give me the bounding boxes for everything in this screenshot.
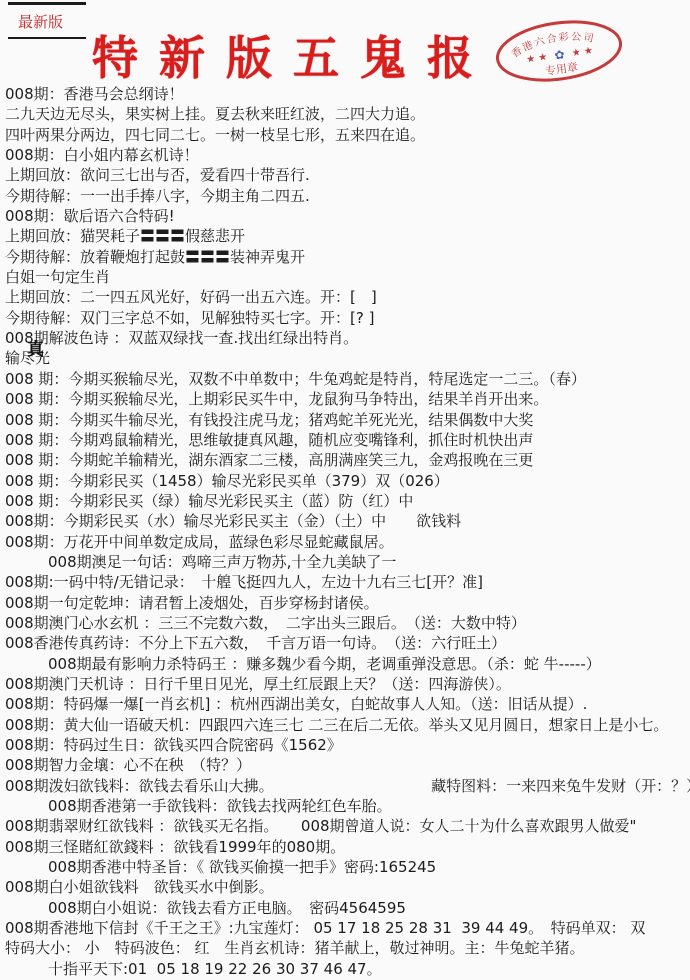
text-line: 008期:一码中特/无错记录： 十艎飞挺四九人，左边十九右三七[开？准] bbox=[0, 572, 690, 592]
line-text: 008 期：今期彩民买（绿）输尽光彩民买主（蓝）防（红）中 bbox=[5, 492, 413, 510]
line-text: 008期白小姐说：欲钱去看方正电脑。 密码4564595 bbox=[48, 899, 406, 917]
line-text: 白姐一句定生肖 bbox=[5, 268, 110, 286]
text-line: 008期翡翠财红欲钱料 ：欲钱买无名指。 008期曾道人说：女人二十为什么喜欢跟… bbox=[0, 816, 690, 836]
line-text: 008期澳门天机诗 ：日行千里日见光，厚土红辰跟上天？（送：四海游侠）。 bbox=[5, 675, 511, 693]
text-line: 008期白小姐欲钱料 欲钱买水中倒影。 bbox=[0, 877, 690, 897]
text-line: 008期一句定乾坤：请君暂上凌烟处，百步穿杨封诸侯。 bbox=[0, 593, 690, 613]
line-text: 008 期：今期蛇羊输精光，湖东酒家二三楼，高朋满座笑三九，金鸡报晚在三更 bbox=[5, 451, 533, 469]
line-text: 上期回放：猫哭耗子〓〓〓假慈悲开 bbox=[5, 227, 245, 245]
line-text: 008期：歇后语六合特码! bbox=[5, 207, 175, 225]
text-line: 008期：特码过生日：欲钱买四合院密码《1562》 bbox=[0, 735, 690, 755]
line-text: 008香港传真药诗：不分上下五六数， 千言万语一句诗。 （送：六行旺土） bbox=[5, 634, 506, 652]
text-line: 008期三怪賭紅欲錢料 ：欲钱看1999年的080期。 bbox=[0, 837, 690, 857]
line-text: 今期待解：一一出手捧八字，今期主角二四五. bbox=[5, 187, 310, 205]
text-line: 008期：香港马会总纲诗！ bbox=[0, 84, 690, 104]
edition-label: 最新版 bbox=[8, 5, 86, 37]
text-line: 008 期：今期蛇羊输精光，湖东酒家二三楼，高朋满座笑三九，金鸡报晚在三更 bbox=[0, 450, 690, 470]
text-line: 008 期：今期买牛输尽光，有钱投注虎马龙；猪鸡蛇羊死光光，结果偶数中大奖 bbox=[0, 410, 690, 430]
seal-stars-left: ★ ★ bbox=[526, 52, 548, 66]
line-text: 上期回放：二一四五风光好，好码一出五六连。开：[ ] bbox=[5, 288, 377, 306]
text-line: 上期回放：猫哭耗子〓〓〓假慈悲开 bbox=[0, 226, 690, 246]
line-text: 008期最有影响力杀特码王 ：赚多魏少看今期，老调重弹没意思。（杀：蛇 牛---… bbox=[48, 655, 601, 673]
line-text: 008 期：今期买猴输尽光，上期彩民买牛中，龙鼠狗马争特出，结果羊肖开出来。 bbox=[5, 390, 548, 408]
line-text: 008期翡翠财红欲钱料 ：欲钱买无名指。 008期曾道人说：女人二十为什么喜欢跟… bbox=[5, 817, 636, 835]
text-line: 008期：白小姐内幕玄机诗！ bbox=[0, 145, 690, 165]
text-line: 上期回放：二一四五风光好，好码一出五六连。开：[ ] bbox=[0, 287, 690, 307]
line-text: 上期回放：欲问三七出与否，爱看四十带吾行. bbox=[5, 166, 310, 184]
text-line: 008期白小姐说：欲钱去看方正电脑。 密码4564595 bbox=[0, 898, 690, 918]
line-text: 008期：特码过生日：欲钱买四合院密码《1562》 bbox=[5, 736, 342, 754]
text-line: 今期待解：放着鞭炮打起鼓〓〓〓装神弄鬼开 bbox=[0, 247, 690, 267]
text-line: 008香港传真药诗：不分上下五六数， 千言万语一句诗。 （送：六行旺土） bbox=[0, 633, 690, 653]
line-text: 008期香港第一手欲钱料：欲钱去找两轮红色车胎。 bbox=[48, 797, 392, 815]
text-line: 008期最有影响力杀特码王 ：赚多魏少看今期，老调重弹没意思。（杀：蛇 牛---… bbox=[0, 654, 690, 674]
line-text: 008期:一码中特/无错记录： 十艎飞挺四九人，左边十九右三七[开？准] bbox=[5, 573, 483, 591]
line-text: 二九天边无尽头，果实树上挂。夏去秋来旺红波，二四大力追。 bbox=[5, 105, 425, 123]
line-text: 008 期：今期买牛输尽光，有钱投注虎马龙；猪鸡蛇羊死光光，结果偶数中大奖 bbox=[5, 411, 533, 429]
text-line: 008 期：今期彩民买（1458）输尽光彩民买单（379）双（026） bbox=[0, 471, 690, 491]
seal-center-flower-icon: ✿ bbox=[554, 47, 566, 62]
text-line: 今期待解：一一出手捧八字，今期主角二四五. bbox=[0, 186, 690, 206]
line-text: 008期：特码爆一爆[一肖玄机] ：杭州西湖出美女，白蛇故事人人知。（送：旧话从… bbox=[5, 695, 587, 713]
line-text: 008 期：今期买猴输尽光，双数不中单数中；牛兔鸡蛇是特肖，特尾选定一二三。（春… bbox=[5, 370, 586, 388]
line-text: 008期：白小姐内幕玄机诗！ bbox=[5, 146, 199, 164]
line-text: 008期：今期彩民买（水）输尽光彩民买主（金）（土）中 欲钱料 bbox=[5, 512, 461, 530]
text-line: 008期解波色诗 ：双蓝双绿找一查.找出红绿出特肖。 bbox=[0, 328, 690, 348]
line-text: 008期白小姐欲钱料 欲钱买水中倒影。 bbox=[5, 878, 274, 896]
text-line: 008期：特码爆一爆[一肖玄机] ：杭州西湖出美女，白蛇故事人人知。（送：旧话从… bbox=[0, 694, 690, 714]
text-line: 008期：万花开中间单数定成局，蓝绿色彩尽显蛇藏鼠居。 bbox=[0, 532, 690, 552]
page-title: 特新版五鬼报 bbox=[92, 22, 494, 88]
text-line: 十指平天下:01 05 18 19 22 26 30 37 46 47。 bbox=[0, 959, 690, 979]
line-text: 008 期：今期彩民买（1458）输尽光彩民买单（379）双（026） bbox=[5, 472, 449, 490]
line-text: 008期：万花开中间单数定成局，蓝绿色彩尽显蛇藏鼠居。 bbox=[5, 533, 394, 551]
line-text: 008期香港地下信封《千王之王》:九宝莲灯： 05 17 18 25 28 31… bbox=[5, 919, 645, 937]
text-line: 008期香港第一手欲钱料：欲钱去找两轮红色车胎。 bbox=[0, 796, 690, 816]
text-line: 008 期：今期鸡鼠输精光，思维敏捷真风趣，随机应变嘴锋利，抓住时机快出声 bbox=[0, 430, 690, 450]
line-text: 008 期：今期鸡鼠输精光，思维敏捷真风趣，随机应变嘴锋利，抓住时机快出声 bbox=[5, 431, 533, 449]
line-text: 十指平天下:01 05 18 19 22 26 30 37 46 47。 bbox=[48, 960, 382, 978]
text-line: 008期澳足一句话：鸡啼三声万物苏,十全九美缺了一 bbox=[0, 552, 690, 572]
text-line: 上期回放：欲问三七出与否，爱看四十带吾行. bbox=[0, 165, 690, 185]
line-text: 008期澳门心水玄机 ：三三不完数六数， 二字出头三跟后。 （送：大数中特） bbox=[5, 614, 526, 632]
text-line: 008 期：今期买猴输尽光，上期彩民买牛中，龙鼠狗马争特出，结果羊肖开出来。 bbox=[0, 389, 690, 409]
line-text: 008期泼妇欲钱料：欲钱去看乐山大拂。 藏特图料：一来四来兔牛发财（开：？） bbox=[5, 777, 690, 795]
seal-stars-right: ★ ★ bbox=[571, 45, 593, 59]
text-line: 特码大小： 小 特码波色： 红 生肖玄机诗：猪羊献上，敬过神明。主：牛兔蛇羊猪。 bbox=[0, 938, 690, 958]
line-text: 008期：黄大仙一语破天机：四跟四六连三七 二三在后二无依。举头又见月圆日，想家… bbox=[5, 716, 668, 734]
text-line: 二九天边无尽头，果实树上挂。夏去秋来旺红波，二四大力追。 bbox=[0, 104, 690, 124]
text-line: 008期香港中特圣旨：《 欲钱买偷摸一把手》密码:165245 bbox=[0, 857, 690, 877]
text-line: 008期：今期彩民买（水）输尽光彩民买主（金）（土）中 欲钱料 bbox=[0, 511, 690, 531]
line-text: 今期待解：双门三字总不如，见解独特买七字。开：[? ] bbox=[5, 309, 374, 327]
line-text: 008期一句定乾坤：请君暂上凌烟处，百步穿杨封诸侯。 bbox=[5, 594, 379, 612]
line-text: 008期智力金壤：心不在秧 （特？） bbox=[5, 756, 251, 774]
seal-bottom-text: 专用章 bbox=[544, 60, 579, 78]
text-line: 008期智力金壤：心不在秧 （特？） bbox=[0, 755, 690, 775]
line-text: 008期三怪賭紅欲錢料 ：欲钱看1999年的080期。 bbox=[5, 838, 345, 856]
text-line: 008 期：今期彩民买（绿）输尽光彩民买主（蓝）防（红）中 bbox=[0, 491, 690, 511]
text-line: 今期待解：双门三字总不如，见解独特买七字。开：[? ] bbox=[0, 308, 690, 328]
text-line: 008期香港地下信封《千王之王》:九宝莲灯： 05 17 18 25 28 31… bbox=[0, 918, 690, 938]
overlay-char: 真 bbox=[27, 340, 44, 360]
text-line: 白姐一句定生肖 bbox=[0, 267, 690, 287]
line-text: 四叶两果分两边，四七同二七。一树一枝呈七形，五来四在追。 bbox=[5, 126, 425, 144]
text-line: 008期澳门心水玄机 ：三三不完数六数， 二字出头三跟后。 （送：大数中特） bbox=[0, 613, 690, 633]
text-line: 008期：黄大仙一语破天机：四跟四六连三七 二三在后二无依。举头又见月圆日，想家… bbox=[0, 715, 690, 735]
line-text: 008期：香港马会总纲诗！ bbox=[5, 85, 184, 103]
text-line: 008 期：今期买猴输尽光，双数不中单数中；牛兔鸡蛇是特肖，特尾选定一二三。（春… bbox=[0, 369, 690, 389]
text-line: 008期澳门天机诗 ：日行千里日见光，厚土红辰跟上天？（送：四海游侠）。 bbox=[0, 674, 690, 694]
text-line: 四叶两果分两边，四七同二七。一树一枝呈七形，五来四在追。 bbox=[0, 125, 690, 145]
body-lines: 008期：香港马会总纲诗！二九天边无尽头，果实树上挂。夏去秋来旺红波，二四大力追… bbox=[0, 84, 690, 979]
line-text: 今期待解：放着鞭炮打起鼓〓〓〓装神弄鬼开 bbox=[5, 248, 305, 266]
text-line: 008期泼妇欲钱料：欲钱去看乐山大拂。 藏特图料：一来四来兔牛发财（开：？） bbox=[0, 776, 690, 796]
edition-label-box: 最新版 bbox=[8, 2, 86, 39]
text-line: 输尽光真 bbox=[0, 348, 690, 368]
text-line: 008期：歇后语六合特码! bbox=[0, 206, 690, 226]
line-text: 特码大小： 小 特码波色： 红 生肖玄机诗：猪羊献上，敬过神明。主：牛兔蛇羊猪。 bbox=[5, 939, 585, 957]
line-text: 008期香港中特圣旨：《 欲钱买偷摸一把手》密码:165245 bbox=[48, 858, 436, 876]
line-text: 008期澳足一句话：鸡啼三声万物苏,十全九美缺了一 bbox=[48, 553, 396, 571]
five-ghost-report-page: 最新版 特新版五鬼报 香港六合彩公司 ★ ★ ✿ ★ ★ 专用章 008期：香港… bbox=[0, 0, 690, 980]
line-text: 008期解波色诗 ：双蓝双绿找一查.找出红绿出特肖。 bbox=[5, 329, 358, 347]
